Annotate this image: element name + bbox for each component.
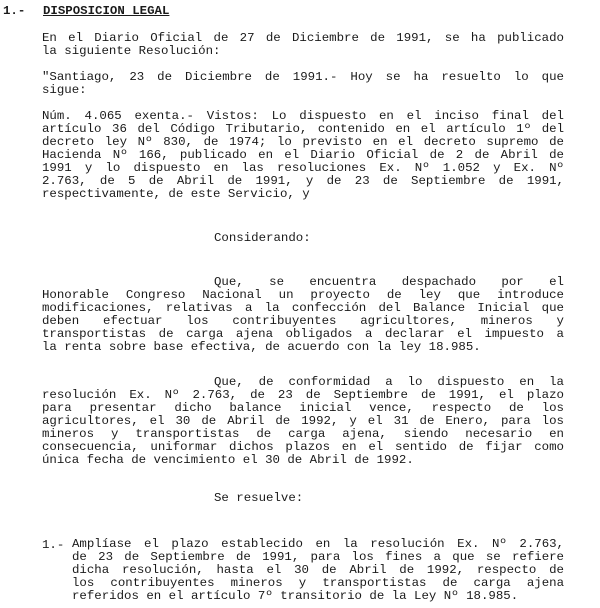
vistos-line: respectivamente, de este Servicio, y	[42, 188, 564, 201]
opening-line: "Santiago, 23 de Diciembre de 1991.- Hoy…	[42, 71, 564, 84]
considerando-label: Considerando:	[214, 232, 311, 245]
section-title: DISPOSICION LEGAL	[43, 4, 169, 18]
considerando-1-line: la renta sobre base efectiva, de acuerdo…	[42, 341, 564, 354]
section-number: 1.-	[3, 4, 25, 18]
considerando-2-line: única fecha de vencimiento el 30 de Abri…	[42, 454, 564, 467]
resolution-item-line: referidos en el artículo 7º transitorio …	[72, 590, 564, 603]
resolution-item-number: 1.-	[42, 538, 64, 552]
opening-line: sigue:	[42, 84, 564, 97]
intro-line: la siguiente Resolución:	[42, 45, 564, 58]
resuelve-label: Se resuelve:	[214, 492, 303, 505]
